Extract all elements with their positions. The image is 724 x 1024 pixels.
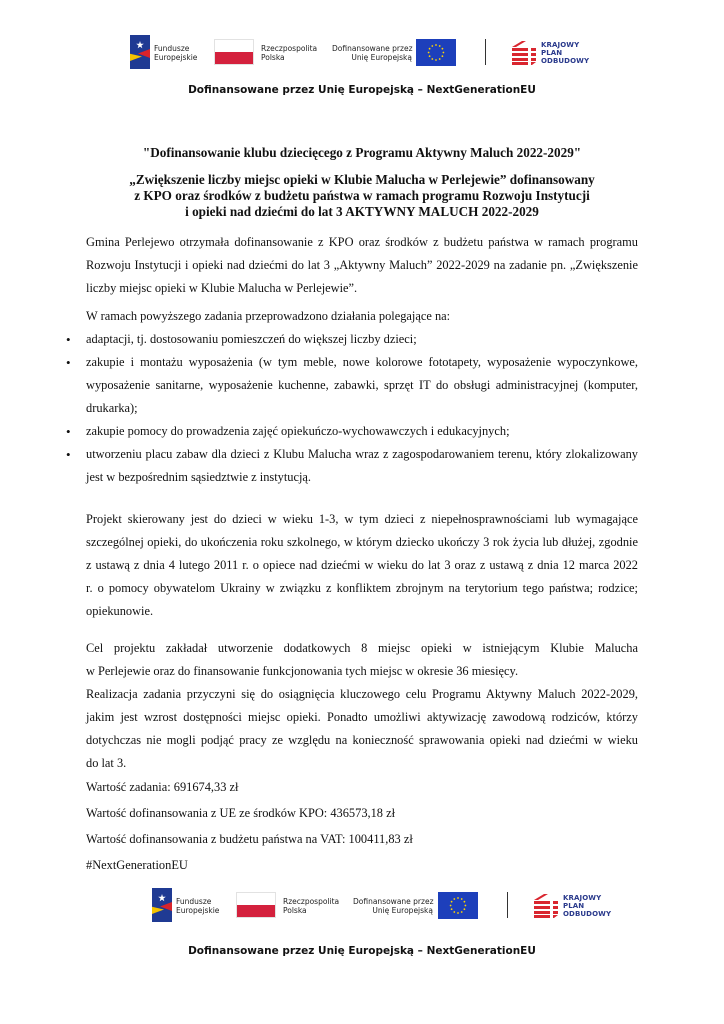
fundusze-europejskie-label: FunduszeEuropejskie xyxy=(154,44,197,62)
hashtag: #NextGenerationEU xyxy=(86,854,638,877)
action-item: zakupie pomocy do prowadzenia zajęć opie… xyxy=(86,420,638,443)
goal-paragraph: Cel projektu zakładał utworzenie dodatko… xyxy=(86,637,638,683)
impact-paragraph: Realizacja zadania przyczyni się do osią… xyxy=(86,683,638,775)
dofinansowane-ue-label: Dofinansowane przezUnię Europejską xyxy=(353,897,433,915)
fundusze-europejskie-logo-icon xyxy=(152,888,172,922)
krajowy-plan-odbudowy-label: KRAJOWYPLANODBUDOWY xyxy=(541,41,589,65)
action-item: zakupie i montażu wyposażenia (w tym meb… xyxy=(86,351,638,420)
polish-flag-icon xyxy=(214,39,254,65)
document-title: "Dofinansowanie klubu dziecięcego z Prog… xyxy=(0,145,724,161)
logo-divider xyxy=(507,892,508,918)
top-logo-bar: FunduszeEuropejskie RzeczpospolitaPolska… xyxy=(0,32,724,72)
document-subtitle: „Zwiększenie liczby miejsc opieki w Klub… xyxy=(0,172,724,220)
action-item: adaptacji, tj. dostosowaniu pomieszczeń … xyxy=(86,328,638,351)
eu-flag-icon xyxy=(416,39,456,66)
task-value: Wartość zadania: 691674,33 zł xyxy=(86,776,638,799)
footer-caption: Dofinansowane przez Unię Europejską – Ne… xyxy=(0,945,724,957)
target-paragraph: Projekt skierowany jest do dzieci w wiek… xyxy=(86,508,638,623)
intro-paragraph: Gmina Perlejewo otrzymała dofinansowanie… xyxy=(86,231,638,300)
krajowy-plan-odbudowy-logo-icon xyxy=(534,892,558,918)
eu-funding-value: Wartość dofinansowania z UE ze środków K… xyxy=(86,802,638,825)
action-item: utworzeniu placu zabaw dla dzieci z Klub… xyxy=(86,443,638,489)
header-caption: Dofinansowane przez Unię Europejską – Ne… xyxy=(0,84,724,96)
eu-flag-icon xyxy=(438,892,478,919)
polish-flag-icon xyxy=(236,892,276,918)
krajowy-plan-odbudowy-label: KRAJOWYPLANODBUDOWY xyxy=(563,894,611,918)
krajowy-plan-odbudowy-logo-icon xyxy=(512,39,536,65)
fundusze-europejskie-logo-icon xyxy=(130,35,150,69)
dofinansowane-ue-label: Dofinansowane przezUnię Europejską xyxy=(332,44,412,62)
logo-divider xyxy=(485,39,486,65)
bottom-logo-bar: FunduszeEuropejskie RzeczpospolitaPolska… xyxy=(0,885,724,925)
rzeczpospolita-polska-label: RzeczpospolitaPolska xyxy=(261,44,317,62)
state-funding-value: Wartość dofinansowania z budżetu państwa… xyxy=(86,828,638,851)
rzeczpospolita-polska-label: RzeczpospolitaPolska xyxy=(283,897,339,915)
fundusze-europejskie-label: FunduszeEuropejskie xyxy=(176,897,219,915)
actions-lead: W ramach powyższego zadania przeprowadzo… xyxy=(86,305,638,328)
